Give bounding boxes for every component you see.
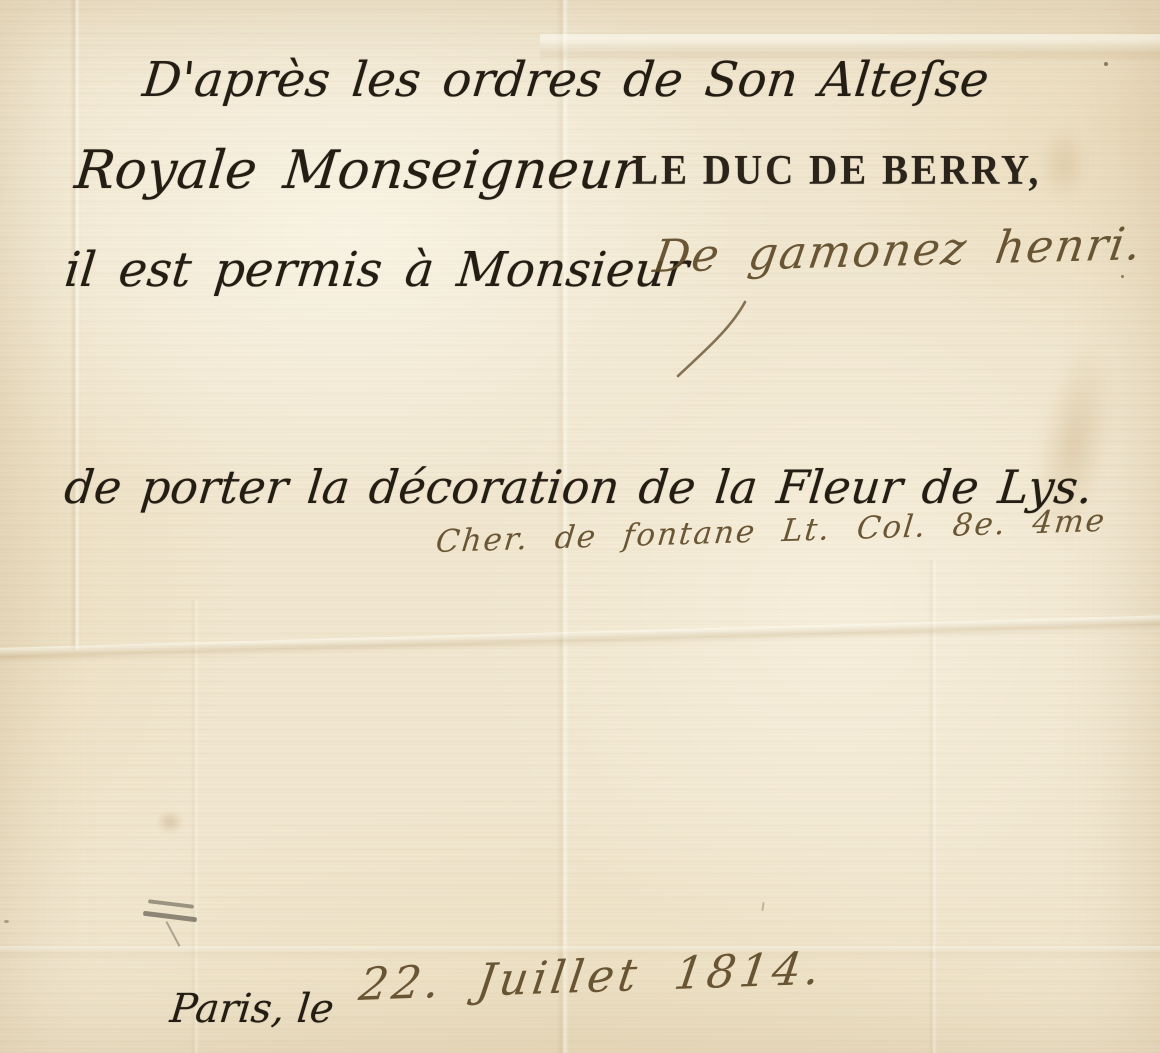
paper-speck — [1121, 275, 1124, 278]
paper-speck — [761, 902, 764, 911]
printed-date-prefix: Paris, le — [168, 986, 336, 1032]
handwritten-date: 22. Juillet 1814. — [356, 942, 827, 1011]
printed-title-duc-de-berry: LE DUC DE BERRY, — [632, 146, 1041, 195]
printed-line-permis: il est permis à Monsieur — [62, 242, 691, 298]
paper-speck — [4, 920, 9, 923]
fold-crease-horizontal-main — [0, 615, 1160, 664]
scanned-document-page: D'après les ordres de Son Alteſse Royale… — [0, 0, 1160, 1053]
ink-stain-top-right — [1040, 126, 1088, 202]
printed-line-royale: Royale Monseigneur — [72, 140, 642, 201]
paper-speck — [1104, 62, 1108, 66]
handwritten-recipient-name: De gamonez henri. — [650, 217, 1147, 283]
fold-crease-vertical-right — [928, 560, 937, 1053]
printed-line-decoration: de porter la décoration de la Fleur de L… — [62, 460, 1095, 514]
printed-line-opening: D'après les ordres de Son Alteſse — [140, 52, 991, 108]
fold-crease-vertical-left — [70, 0, 80, 650]
ink-spot-left — [156, 810, 184, 834]
handwriting-flourish — [660, 300, 780, 380]
